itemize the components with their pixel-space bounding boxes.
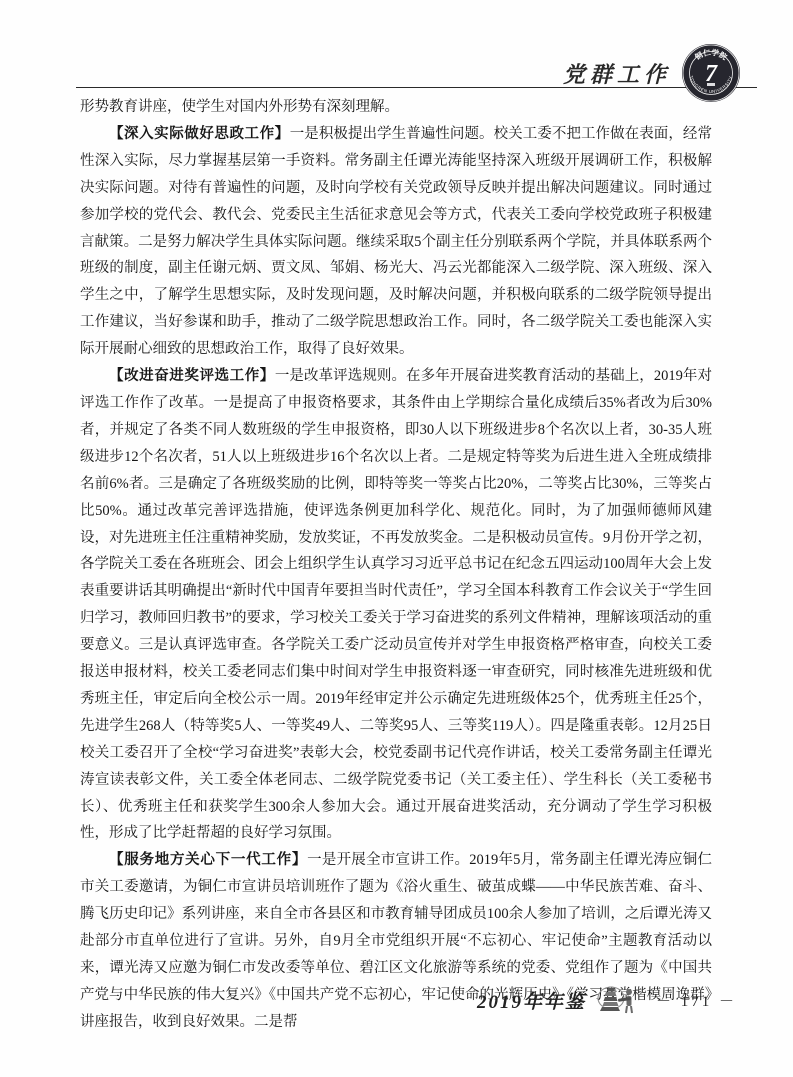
paragraph-heading: 【改进奋进奖评选工作】 [109,368,275,384]
header-section-title: 党群工作 [563,58,671,89]
continuation-text: 形势教育讲座，使学生对国内外形势有深刻理解。 [80,99,399,115]
footer-yearbook-label: 2019年年鉴 [477,987,586,1014]
page-body-text: 形势教育讲座，使学生对国内外形势有深刻理解。 【深入实际做好思政工作】一是积极提… [80,94,712,1036]
books-and-reader-icon [596,982,640,1018]
paragraph-body: 一是积极提出学生普遍性问题。校关工委不把工作做在表面，经常性深入实际，尽力掌握基… [80,126,712,357]
paragraph-heading: 【服务地方关心下一代工作】 [109,852,307,868]
footer-page-number: － 171 － [656,990,737,1011]
paragraph-body: 一是改革评选规则。在多年开展奋进奖教育活动的基础上，2019年对评选工作作了改革… [80,368,712,841]
page-footer: 2019年年鉴 － 171 － [0,982,737,1018]
paragraph-fenjinjiang: 【改进奋进奖评选工作】一是改革评选规则。在多年开展奋进奖教育活动的基础上，201… [80,363,712,847]
paragraph-heading: 【深入实际做好思政工作】 [109,126,290,142]
paragraph-shizheng: 【深入实际做好思政工作】一是积极提出学生普遍性问题。校关工委不把工作做在表面，经… [80,121,712,363]
header-rule [76,87,757,88]
document-page: 党群工作 铜仁学院 TONGREN UNIVERSITY 7 形势教育讲座，使学… [0,0,793,1077]
continuation-paragraph: 形势教育讲座，使学生对国内外形势有深刻理解。 [80,94,712,121]
